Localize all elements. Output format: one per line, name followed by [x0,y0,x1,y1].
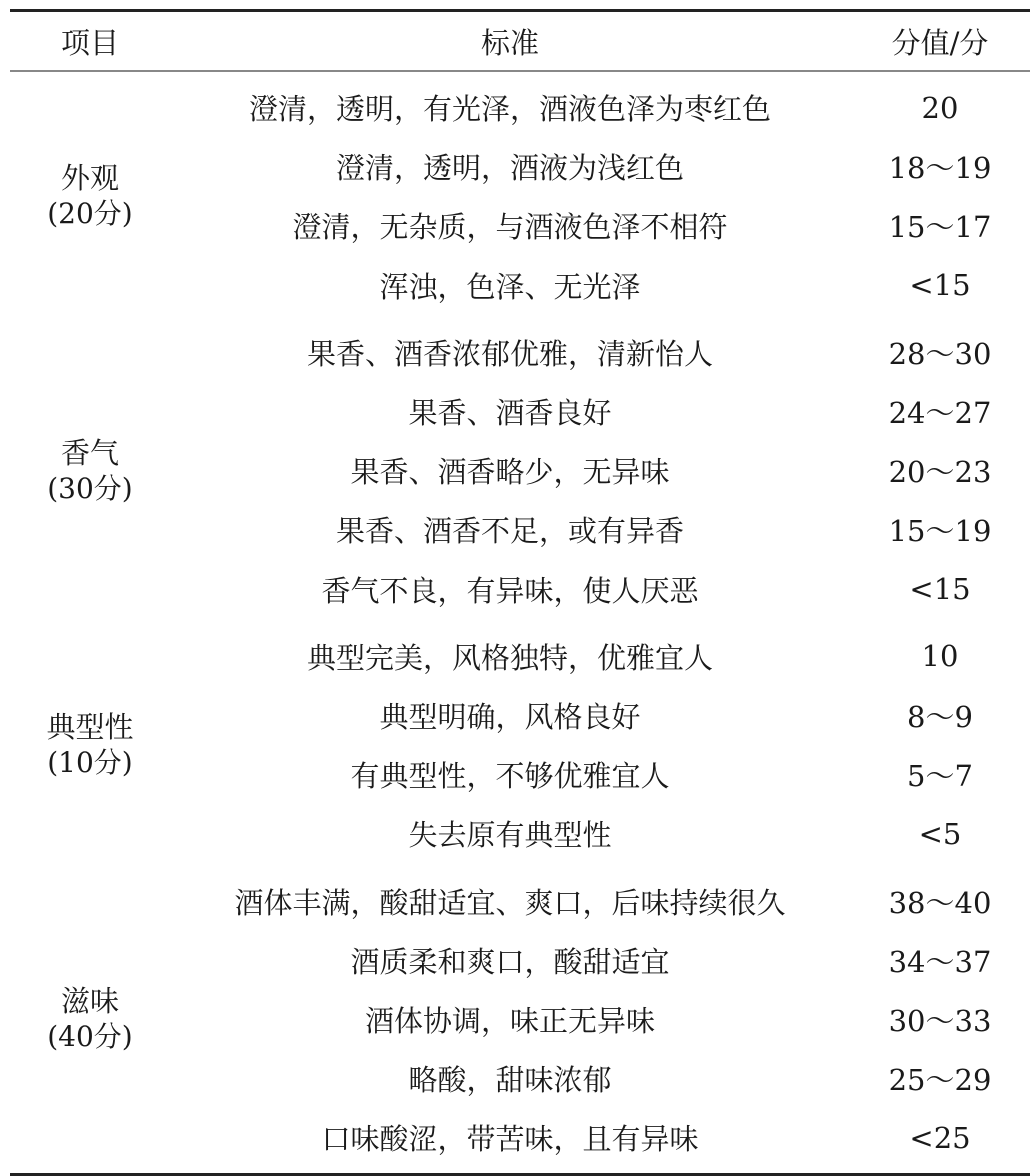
table-row: 略酸，甜味浓郁 25～29 [170,1049,1030,1108]
score-cell: 15～19 [850,509,1030,550]
standard-cell: 果香、酒香不足，或有异香 [170,509,850,550]
group-label: 外观 (20分) [10,78,170,315]
table-header-row: 项目 标准 分值/分 [10,12,1030,70]
table-row: 酒体协调，味正无异味 30～33 [170,990,1030,1049]
group-appearance: 外观 (20分) 澄清，透明，有光泽，酒液色泽为枣红色 20 澄清，透明，酒液为… [10,72,1030,319]
score-cell: 30～33 [850,999,1030,1040]
group-points: (40分) [47,1019,132,1055]
table-row: 浑浊，色泽、无光泽 <15 [170,256,1030,315]
group-label: 香气 (30分) [10,323,170,619]
standard-cell: 酒质柔和爽口，酸甜适宜 [170,940,850,981]
table-row: 酒体丰满，酸甜适宜、爽口，后味持续很久 38～40 [170,871,1030,930]
standard-cell: 澄清，透明，有光泽，酒液色泽为枣红色 [170,87,850,128]
score-cell: 18～19 [850,146,1030,187]
score-cell: 34～37 [850,940,1030,981]
table-row: 果香、酒香不足，或有异香 15～19 [170,500,1030,559]
table-row: 果香、酒香良好 24～27 [170,382,1030,441]
table-row: 澄清，透明，有光泽，酒液色泽为枣红色 20 [170,78,1030,137]
table-row: 澄清，无杂质，与酒液色泽不相符 15～17 [170,196,1030,255]
standard-cell: 典型完美，风格独特，优雅宜人 [170,636,850,677]
table-row: 口味酸涩，带苦味，且有异味 <25 [170,1108,1030,1167]
score-cell: 20～23 [850,450,1030,491]
group-label: 滋味 (40分) [10,871,170,1167]
score-cell: 24～27 [850,391,1030,432]
table-row: 果香、酒香浓郁优雅，清新怡人 28～30 [170,323,1030,382]
header-standard: 标准 [170,21,850,62]
score-cell: 10 [850,639,1030,673]
score-cell: <15 [850,572,1030,606]
table-row: 澄清，透明，酒液为浅红色 18～19 [170,137,1030,196]
score-cell: 38～40 [850,881,1030,922]
header-score: 分值/分 [850,21,1030,62]
score-cell: 8～9 [850,695,1030,736]
group-label: 典型性 (10分) [10,627,170,864]
group-name: 典型性 [46,709,133,745]
table-row: 酒质柔和爽口，酸甜适宜 34～37 [170,931,1030,990]
standard-cell: 浑浊，色泽、无光泽 [170,265,850,306]
standard-cell: 酒体丰满，酸甜适宜、爽口，后味持续很久 [170,881,850,922]
header-item: 项目 [10,21,170,62]
group-points: (30分) [47,471,132,507]
group-name: 外观 [61,160,119,196]
score-cell: 15～17 [850,205,1030,246]
table-row: 果香、酒香略少，无异味 20～23 [170,441,1030,500]
table-row: 典型明确，风格良好 8～9 [170,686,1030,745]
group-points: (20分) [47,196,132,232]
standard-cell: 澄清，透明，酒液为浅红色 [170,146,850,187]
standard-cell: 略酸，甜味浓郁 [170,1058,850,1099]
standard-cell: 酒体协调，味正无异味 [170,999,850,1040]
standard-cell: 香气不良，有异味，使人厌恶 [170,569,850,610]
standard-cell: 果香、酒香良好 [170,391,850,432]
table-row: 典型完美，风格独特，优雅宜人 10 [170,627,1030,686]
standard-cell: 口味酸涩，带苦味，且有异味 [170,1117,850,1158]
score-cell: 28～30 [850,332,1030,373]
standard-cell: 典型明确，风格良好 [170,695,850,736]
score-cell: <5 [850,817,1030,851]
group-points: (10分) [47,745,132,781]
score-cell: 20 [850,91,1030,125]
scoring-table: 项目 标准 分值/分 外观 (20分) 澄清，透明，有光泽，酒液色泽为枣红色 2… [10,9,1030,1176]
table-row: 香气不良，有异味，使人厌恶 <15 [170,560,1030,619]
group-name: 滋味 [61,983,119,1019]
standard-cell: 果香、酒香略少，无异味 [170,450,850,491]
score-cell: <25 [850,1121,1030,1155]
standard-cell: 有典型性，不够优雅宜人 [170,754,850,795]
group-taste: 滋味 (40分) 酒体丰满，酸甜适宜、爽口，后味持续很久 38～40 酒质柔和爽… [10,867,1030,1173]
table-row: 有典型性，不够优雅宜人 5～7 [170,745,1030,804]
group-name: 香气 [61,435,119,471]
score-cell: <15 [850,268,1030,302]
group-typicality: 典型性 (10分) 典型完美，风格独特，优雅宜人 10 典型明确，风格良好 8～… [10,623,1030,868]
standard-cell: 果香、酒香浓郁优雅，清新怡人 [170,332,850,373]
standard-cell: 澄清，无杂质，与酒液色泽不相符 [170,205,850,246]
standard-cell: 失去原有典型性 [170,813,850,854]
score-cell: 5～7 [850,754,1030,795]
group-aroma: 香气 (30分) 果香、酒香浓郁优雅，清新怡人 28～30 果香、酒香良好 24… [10,319,1030,623]
table-row: 失去原有典型性 <5 [170,804,1030,863]
score-cell: 25～29 [850,1058,1030,1099]
